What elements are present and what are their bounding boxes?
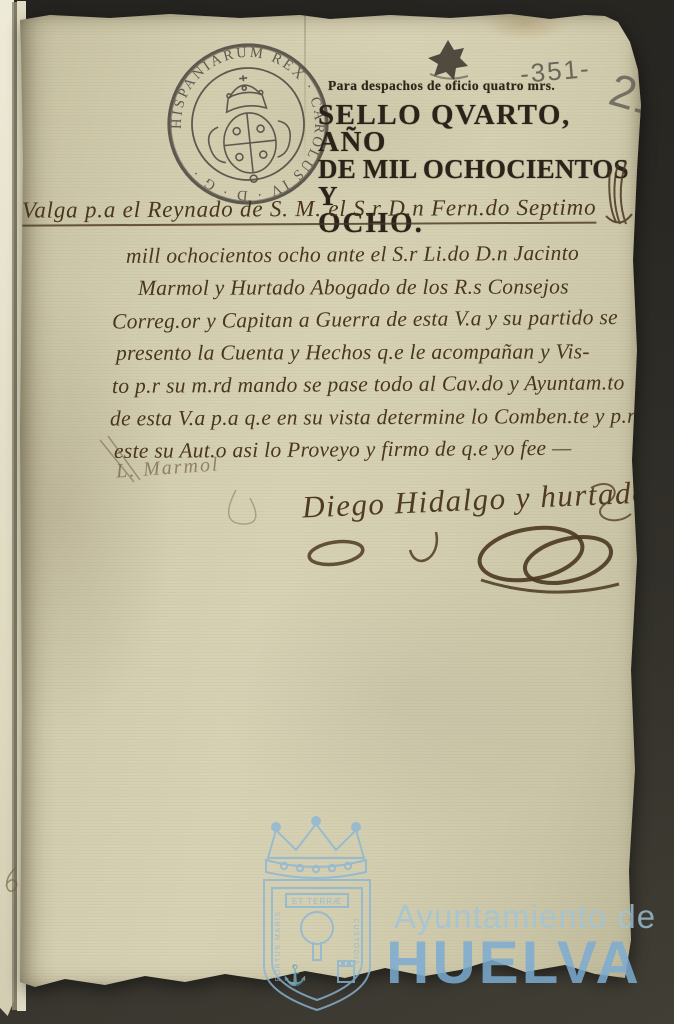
body-line: to p.r su m.rd mando se pase todo al Cav… bbox=[112, 366, 674, 402]
ink-smudge bbox=[424, 36, 472, 80]
document-photo-stage: HISPANIARUM REX · CAROLUS IV · D · G · bbox=[0, 0, 674, 1024]
body-line: Correg.or y Capitan a Guerra de esta V.a… bbox=[112, 301, 674, 338]
watermark-tower-icon bbox=[338, 961, 354, 982]
huelva-shield-watermark: ET TERRÆ ⚓ PORTUS MARIS CUSTODIA bbox=[246, 816, 388, 1016]
sello-heading-line-1: SELLO QVARTO, AÑO bbox=[318, 102, 642, 156]
watermark-motto-right: CUSTODIA bbox=[352, 918, 359, 966]
watermark-anchor-icon: ⚓ bbox=[283, 963, 308, 987]
seal-crown-icon bbox=[223, 73, 266, 112]
body-line: Marmol y Hurtado Abogado de los R.s Cons… bbox=[138, 270, 674, 304]
seal-shield-icon bbox=[206, 109, 295, 187]
body-line: mill ochocientos ocho ante el S.r Li.do … bbox=[126, 236, 674, 272]
validation-rubric-icon bbox=[598, 160, 638, 230]
watermark-crown-icon bbox=[266, 817, 366, 878]
signature-flourishes bbox=[86, 428, 646, 608]
validation-line: Valga p.a el Reynado de S. M. el S.r D.n… bbox=[22, 194, 634, 223]
watermark-tree-icon bbox=[301, 912, 333, 960]
royal-seal-stamp: HISPANIARUM REX · CAROLUS IV · D · G · bbox=[162, 40, 334, 208]
watermark-motto-top: ET TERRÆ bbox=[292, 897, 342, 906]
pencil-folio-number: -351- bbox=[519, 53, 592, 90]
body-line: presento la Cuenta y Hechos q.e le acomp… bbox=[116, 335, 674, 369]
watermark-motto-left: PORTUS MARIS bbox=[275, 910, 282, 981]
watermark-institution-large: HUELVA bbox=[386, 928, 642, 997]
